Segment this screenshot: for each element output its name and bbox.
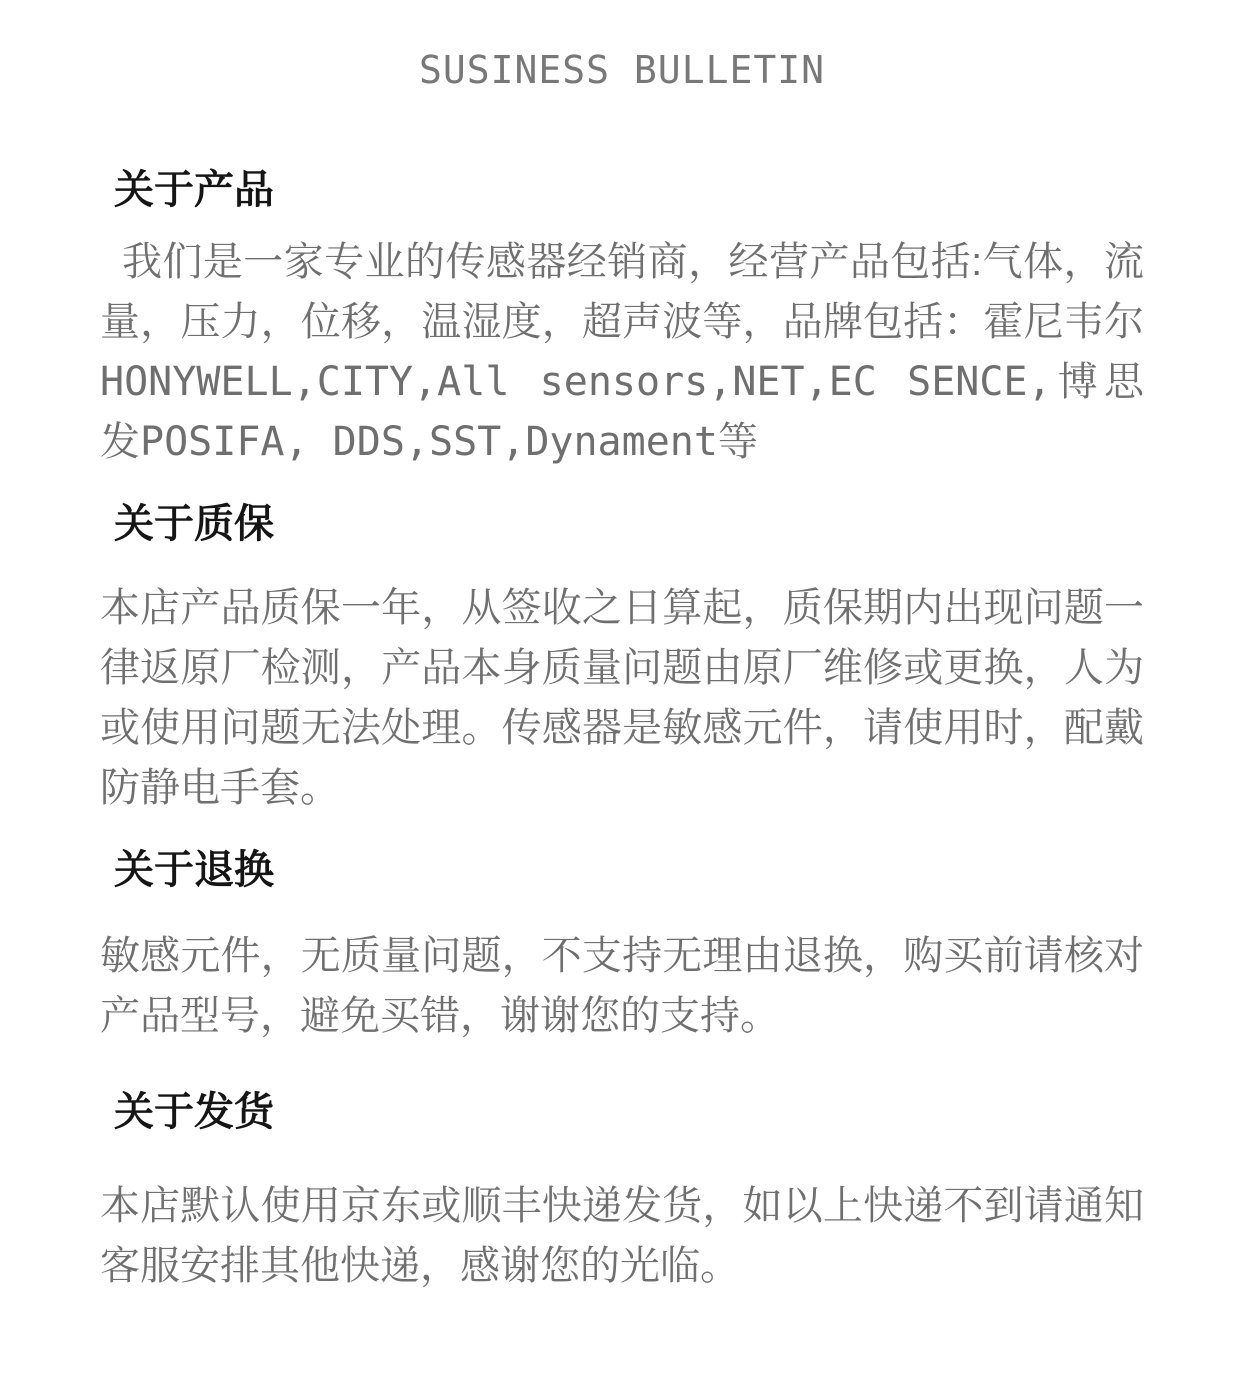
page-title: SUSINESS BULLETIN	[100, 46, 1144, 94]
paragraph-warranty: 本店产品质保一年，从签收之日算起，质保期内出现问题一律返原厂检测，产品本身质量问…	[100, 578, 1144, 818]
section-heading-warranty: 关于质保	[100, 472, 1144, 578]
paragraph-returns: 敏感元件，无质量问题，不支持无理由退换，购买前请核对产品型号，避免买错，谢谢您的…	[100, 926, 1144, 1046]
products-brands-latin-2: POSIFA, DDS,SST,Dynament	[140, 419, 718, 465]
paragraph-shipping: 本店默认使用京东或顺丰快递发货，如以上快递不到请通知客服安排其他快递，感谢您的光…	[100, 1176, 1144, 1296]
section-shipping: 关于发货 本店默认使用京东或顺丰快递发货，如以上快递不到请通知客服安排其他快递，…	[100, 1046, 1144, 1296]
products-intro-text: 我们是一家专业的传感器经销商，经营产品包括:气体，流量，压力，位移，温湿度，超声…	[100, 240, 1144, 344]
products-brands-latin-1: HONYWELL,CITY,All sensors,NET,EC SENCE,	[100, 359, 1052, 405]
section-products: 关于产品 我们是一家专业的传感器经销商，经营产品包括:气体，流量，压力，位移，温…	[100, 94, 1144, 472]
paragraph-products: 我们是一家专业的传感器经销商，经营产品包括:气体，流量，压力，位移，温湿度，超声…	[100, 232, 1144, 472]
products-suffix-text: 等	[718, 420, 758, 464]
business-bulletin-page: SUSINESS BULLETIN 关于产品 我们是一家专业的传感器经销商，经营…	[0, 0, 1240, 1400]
section-heading-returns: 关于退换	[100, 818, 1144, 926]
section-heading-shipping: 关于发货	[100, 1046, 1144, 1176]
section-warranty: 关于质保 本店产品质保一年，从签收之日算起，质保期内出现问题一律返原厂检测，产品…	[100, 472, 1144, 818]
section-heading-products: 关于产品	[100, 94, 1144, 232]
section-returns: 关于退换 敏感元件，无质量问题，不支持无理由退换，购买前请核对产品型号，避免买错…	[100, 818, 1144, 1046]
